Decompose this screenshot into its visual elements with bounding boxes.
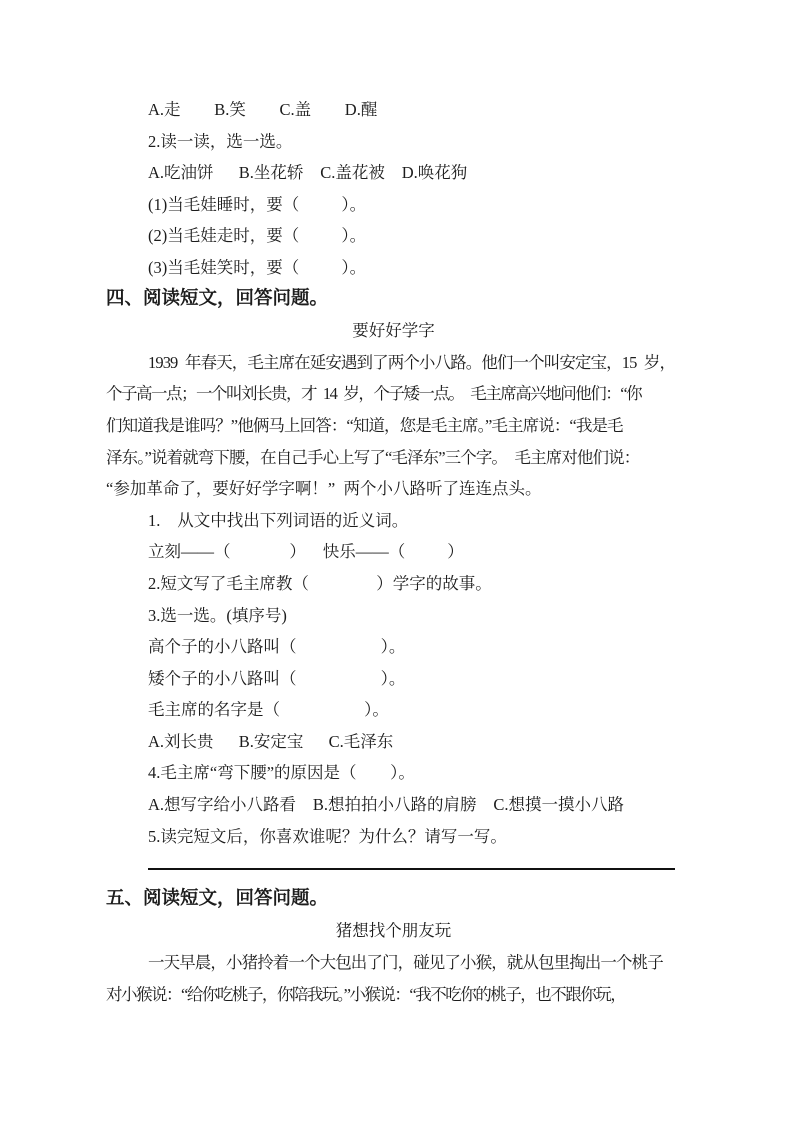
passage-2-title: 猪想找个朋友玩 — [106, 915, 681, 947]
passage1-q2: 2.短文写了毛主席教（ ）学字的故事。 — [106, 568, 681, 600]
passage1-q3-prompt: 3.选一选。(填序号) — [106, 600, 681, 632]
question-2-blank-2: (2)当毛娃走时，要（ ）。 — [106, 220, 681, 252]
passage-2-line-2: 对小猴说：“给你吃桃子，你陪我玩。”小猴说：“我不吃你的桃子，也不跟你玩， — [106, 979, 681, 1011]
question-2-prompt: 2.读一读，选一选。 — [106, 126, 681, 158]
passage-1-line-3: 们知道我是谁吗？”他俩马上回答：“知道，您是毛主席。”毛主席说：“我是毛 — [106, 410, 681, 442]
passage1-q3-options-row: A.刘长贵 B.安定宝 C.毛泽东 — [106, 726, 681, 758]
passage1-q3-blank-name: 毛主席的名字是（ ）。 — [106, 694, 681, 726]
passage-2-line-1: 一天早晨，小猪拎着一个大包出了门，碰见了小猴，就从包里掏出一个桃子 — [106, 947, 681, 979]
choice-options-row-1: A.走 B.笑 C.盖 D.醒 — [106, 94, 681, 126]
passage-1-line-2: 个子高一点；一个叫刘长贵，才 14 岁，个子矮一点。 毛主席高兴地问他们：“你 — [106, 378, 681, 410]
passage1-q1-blanks: 立刻——（ ） 快乐——（ ） — [106, 536, 681, 568]
passage-1-line-1: 1939 年春天，毛主席在延安遇到了两个小八路。他们一个叫安定宝，15 岁， — [106, 347, 681, 379]
section-five-heading: 五、阅读短文，回答问题。 — [106, 884, 681, 916]
passage1-q1-prompt: 1. 从文中找出下列词语的近义词。 — [106, 505, 681, 537]
passage-1-line-5: “参加革命了，要好好学字啊！” 两个小八路听了连连点头。 — [106, 473, 681, 505]
passage1-q3-blank-short: 矮个子的小八路叫（ ）。 — [106, 663, 681, 695]
section-divider — [106, 852, 681, 884]
passage1-q4: 4.毛主席“弯下腰”的原因是（ ）。 — [106, 757, 681, 789]
divider-rule — [148, 868, 675, 870]
passage-1-line-4: 泽东。”说着就弯下腰，在自己手心上写了“毛泽东”三个字。 毛主席对他们说： — [106, 442, 681, 474]
worksheet-page: A.走 B.笑 C.盖 D.醒 2.读一读，选一选。 A.吃油饼 B.坐花轿 C… — [0, 0, 793, 1122]
question-2-blank-3: (3)当毛娃笑时，要（ ）。 — [106, 252, 681, 284]
passage1-q3-blank-tall: 高个子的小八路叫（ ）。 — [106, 631, 681, 663]
passage1-q4-options-row: A.想写字给小八路看 B.想拍拍小八路的肩膀 C.想摸一摸小八路 — [106, 789, 681, 821]
question-2-blank-1: (1)当毛娃睡时，要（ ）。 — [106, 189, 681, 221]
section-four-heading: 四、阅读短文，回答问题。 — [106, 284, 681, 316]
passage1-q5: 5.读完短文后，你喜欢谁呢？为什么？请写一写。 — [106, 821, 681, 853]
passage-1-title: 要好好学字 — [106, 315, 681, 347]
question-2-options-row: A.吃油饼 B.坐花轿 C.盖花被 D.唤花狗 — [106, 157, 681, 189]
